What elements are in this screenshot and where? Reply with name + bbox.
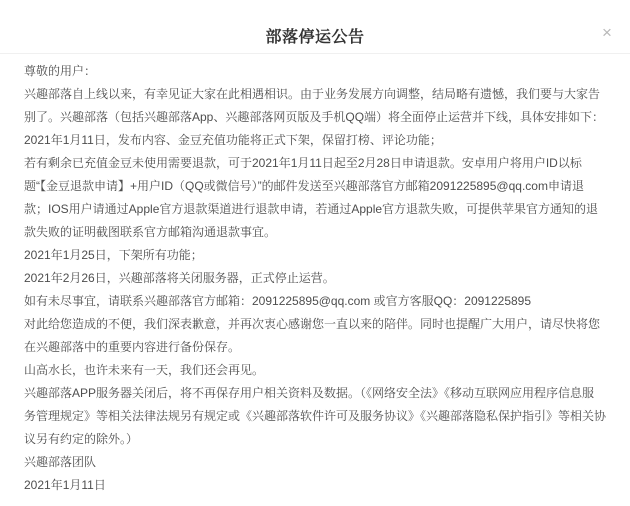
announcement-date: 2021年1月11日 <box>24 474 606 497</box>
announcement-body: 尊敬的用户： 兴趣部落自上线以来，有幸见证大家在此相遇相识。由于业务发展方向调整… <box>0 54 630 497</box>
close-icon[interactable]: × <box>596 22 618 44</box>
announcement-paragraph: 兴趣部落APP服务器关闭后，将不再保存用户相关资料及数据。（《网络安全法》《移动… <box>24 382 606 451</box>
announcement-paragraph: 若有剩余已充值金豆未使用需要退款，可于2021年1月11日起至2月28日申请退款… <box>24 152 606 244</box>
announcement-paragraph: 2021年2月26日，兴趣部落将关闭服务器，正式停止运营。 <box>24 267 606 290</box>
announcement-paragraph: 山高水长，也许未来有一天，我们还会再见。 <box>24 359 606 382</box>
dialog-header: 部落停运公告 × <box>0 0 630 54</box>
announcement-dialog: 部落停运公告 × 尊敬的用户： 兴趣部落自上线以来，有幸见证大家在此相遇相识。由… <box>0 0 630 506</box>
announcement-paragraph: 如有未尽事宜，请联系兴趣部落官方邮箱：2091225895@qq.com 或官方… <box>24 290 606 313</box>
announcement-signature: 兴趣部落团队 <box>24 451 606 474</box>
dialog-title: 部落停运公告 <box>0 24 630 47</box>
announcement-paragraph: 尊敬的用户： <box>24 60 606 83</box>
announcement-paragraph: 2021年1月25日，下架所有功能； <box>24 244 606 267</box>
announcement-paragraph: 兴趣部落自上线以来，有幸见证大家在此相遇相识。由于业务发展方向调整，结局略有遗憾… <box>24 83 606 129</box>
announcement-paragraph: 对此给您造成的不便，我们深表歉意，并再次衷心感谢您一直以来的陪伴。同时也提醒广大… <box>24 313 606 359</box>
announcement-paragraph: 2021年1月11日，发布内容、金豆充值功能将正式下架，保留打榜、评论功能； <box>24 129 606 152</box>
